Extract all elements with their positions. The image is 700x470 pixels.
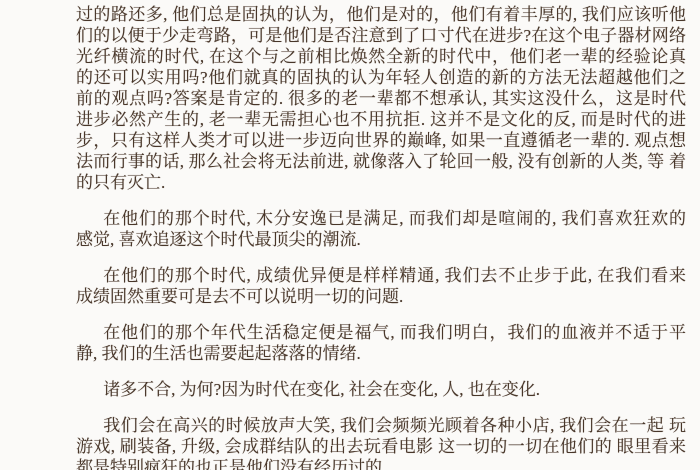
paragraph: 在他们的那个时代, 木分安逸已是满足, 而我们却是喧闹的, 我们喜欢狂欢的感觉,… bbox=[76, 208, 686, 250]
paragraph: 在他们的那个时代, 成绩优异便是样样精通, 我们去不止步于此, 在我们看来成绩固… bbox=[76, 265, 686, 307]
text-line: 诸多不合, 为何?因为时代在变化, 社会在变化, 人, 也在变化. bbox=[76, 379, 686, 400]
text-line: 法而行事的话, 那么社会将无法前进, 就像落入了轮回一般, 没有创新的人类, 等… bbox=[76, 151, 686, 172]
text-line: 游戏, 刷装备, 升级, 会成群结队的出去玩看电影 这一切的一切在他们的 眼里看… bbox=[76, 436, 686, 457]
text-line: 过的路还多, 他们总是固执的认为，他们是对的，他们有着丰厚的, 我们应该听他 bbox=[76, 4, 686, 25]
text-line: 的还可以实用吗?他们就真的固执的认为年轻人创造的新的方法无法超越他们之 bbox=[76, 67, 686, 88]
text-line: 在他们的那个年代生活稳定便是福气, 而我们明白，我们的血液并不适于平 bbox=[76, 322, 686, 343]
text-line: 前的观点吗?答案是肯定的. 很多的老一辈都不想承认, 其实这没什么，这是时代 bbox=[76, 88, 686, 109]
paragraph: 诸多不合, 为何?因为时代在变化, 社会在变化, 人, 也在变化. bbox=[76, 379, 686, 400]
text-line: 我们会在高兴的时候放声大笑, 我们会频频光顾着各种小店, 我们会在一起 玩 bbox=[76, 415, 686, 436]
text-line: 光纤横流的时代, 在这个与之前相比焕然全新的时代中，他们老一辈的经验论真 bbox=[76, 46, 686, 67]
text-line: 感觉, 喜欢追逐这个时代最顶尖的潮流. bbox=[76, 229, 686, 250]
text-line: 步，只有这样人类才可以进一步迈向世界的巅峰, 如果一直遵循老一辈的. 观点想 bbox=[76, 130, 686, 151]
paragraph: 我们会在高兴的时候放声大笑, 我们会频频光顾着各种小店, 我们会在一起 玩游戏,… bbox=[76, 415, 686, 470]
text-line: 的只有灭亡. bbox=[76, 172, 686, 193]
text-line: 静, 我们的生活也需要起起落落的情绪. bbox=[76, 343, 686, 364]
text-line: 在他们的那个时代, 成绩优异便是样样精通, 我们去不止步于此, 在我们看来 bbox=[76, 265, 686, 286]
text-line: 成绩固然重要可是去不可以说明一切的问题. bbox=[76, 286, 686, 307]
text-line: 都是特别疯狂的也正是他们没有经历过的. bbox=[76, 457, 686, 470]
paragraph: 在他们的那个年代生活稳定便是福气, 而我们明白，我们的血液并不适于平静, 我们的… bbox=[76, 322, 686, 364]
text-line: 们的以便于少走弯路，可是他们是否注意到了口寸代在进步?在这个电子器材网络 bbox=[76, 25, 686, 46]
document-text-body: 过的路还多, 他们总是固执的认为，他们是对的，他们有着丰厚的, 我们应该听他们的… bbox=[76, 4, 686, 470]
document-page: 过的路还多, 他们总是固执的认为，他们是对的，他们有着丰厚的, 我们应该听他们的… bbox=[0, 0, 700, 470]
paragraph: 过的路还多, 他们总是固执的认为，他们是对的，他们有着丰厚的, 我们应该听他们的… bbox=[76, 4, 686, 193]
text-line: 在他们的那个时代, 木分安逸已是满足, 而我们却是喧闹的, 我们喜欢狂欢的 bbox=[76, 208, 686, 229]
text-line: 进步必然产生的, 老一辈无需担心也不用抗拒. 这并不是文化的反, 而是时代的进 bbox=[76, 109, 686, 130]
